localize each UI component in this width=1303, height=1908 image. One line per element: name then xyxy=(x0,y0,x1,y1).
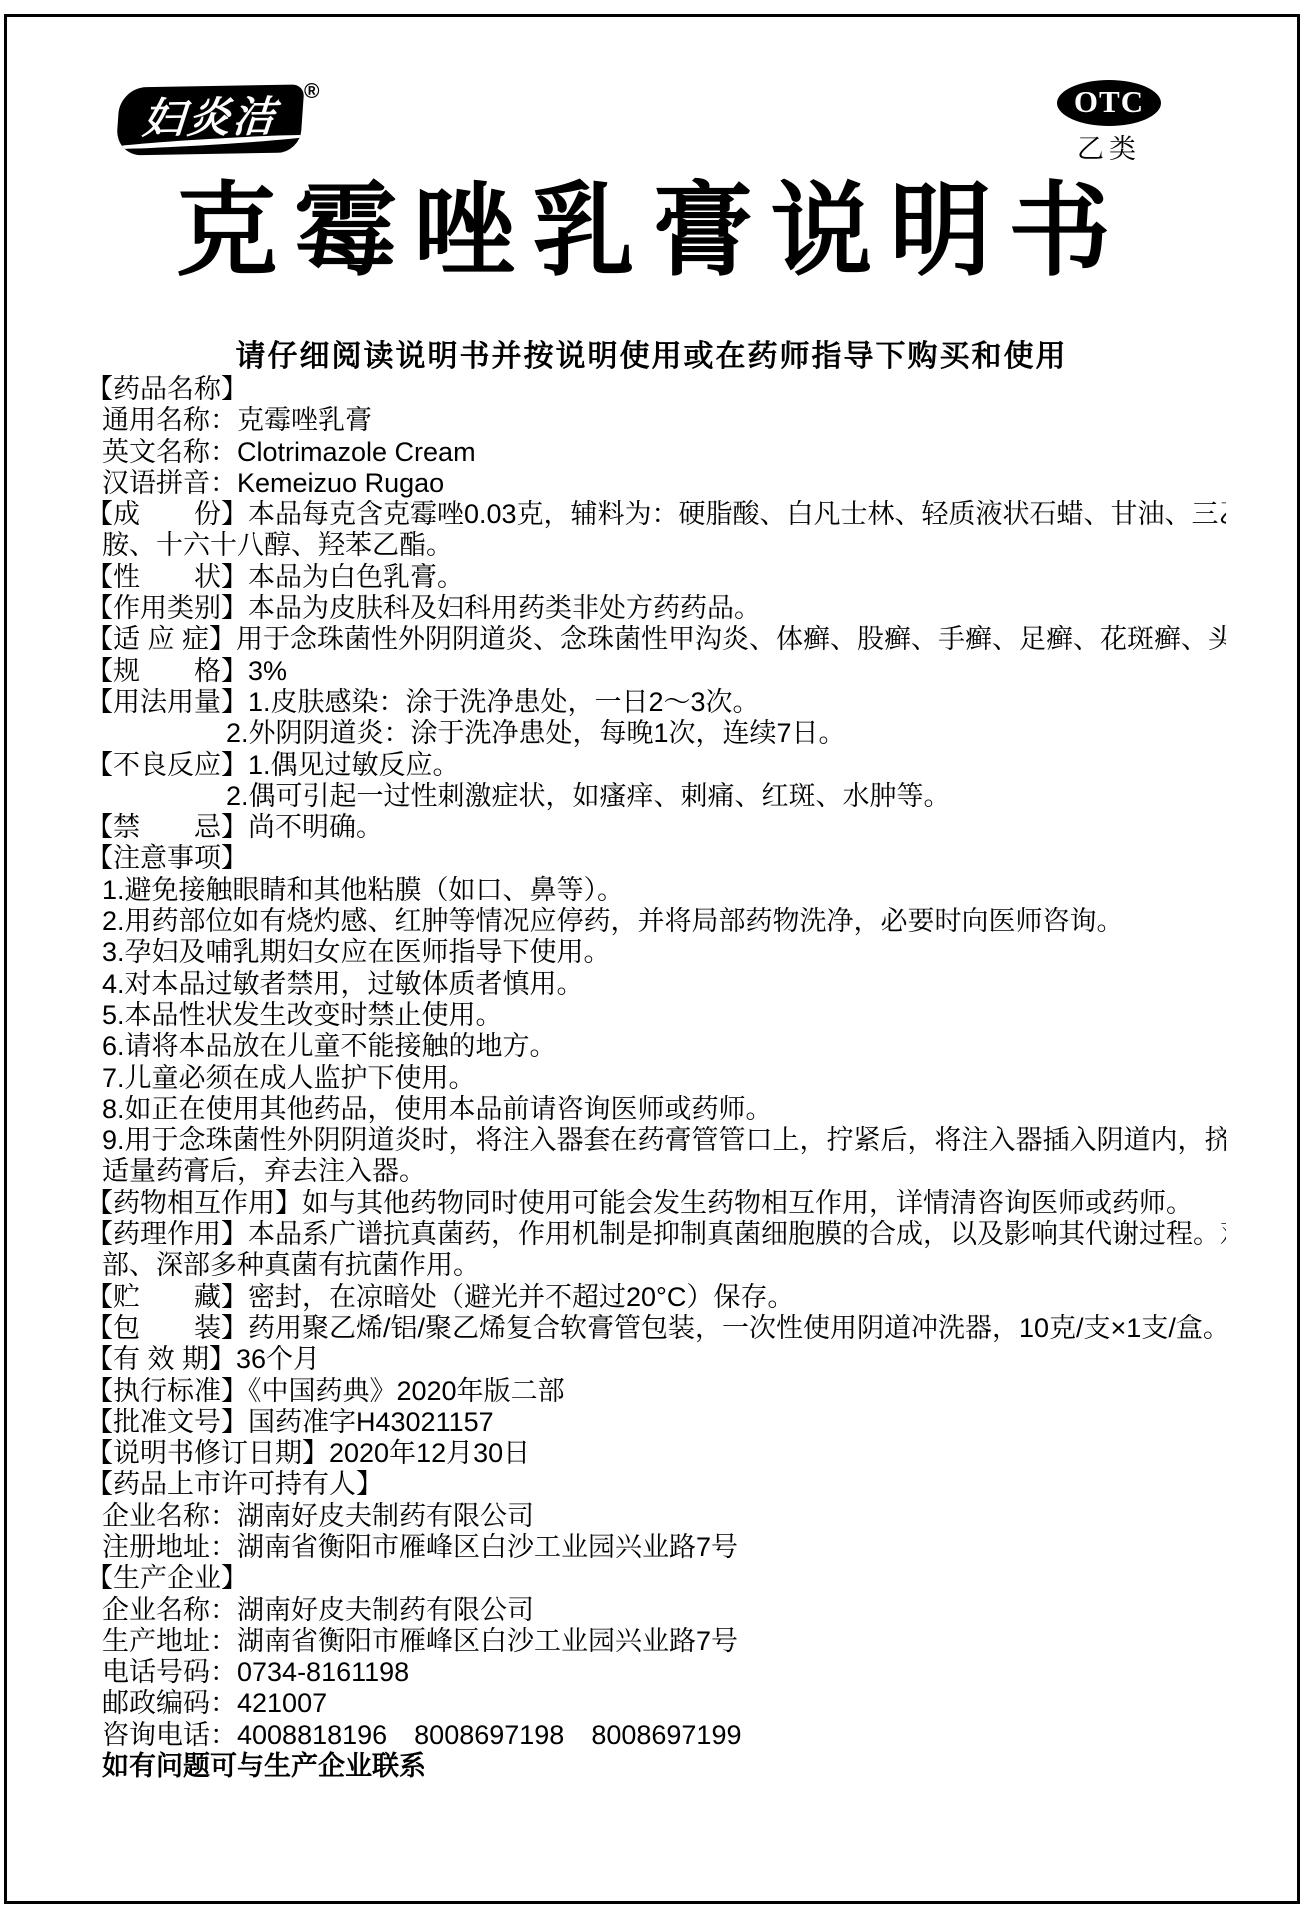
body-line: 【性 状】本品为白色乳膏。 xyxy=(86,562,1226,593)
body-line: 【批准文号】国药准字H43021157 xyxy=(86,1407,1226,1438)
body-line: 邮政编码：421007 xyxy=(102,1688,1226,1719)
body-line: 企业名称：湖南好皮夫制药有限公司 xyxy=(102,1501,1226,1532)
body-line: 电话号码：0734-8161198 xyxy=(102,1657,1226,1688)
otc-badge: OTC 乙类 xyxy=(1054,80,1164,166)
body-line: 生产地址：湖南省衡阳市雁峰区白沙工业园兴业路7号 xyxy=(102,1626,1226,1657)
body-line: 【适 应 症】用于念珠菌性外阴阴道炎、念珠菌性甲沟炎、体癣、股癣、手癣、足癣、花… xyxy=(86,624,1226,655)
page-title: 克霉唑乳膏说明书 xyxy=(0,170,1303,292)
otc-label: OTC xyxy=(1074,84,1144,122)
body-line: 【药物相互作用】如与其他药物同时使用可能会发生药物相互作用，详情清咨询医师或药师… xyxy=(86,1188,1226,1219)
otc-category-label: 乙类 xyxy=(1054,127,1164,166)
leaflet-page: { "brand": { "logo_text": "妇炎洁", "regist… xyxy=(0,0,1303,1908)
body-line: 【不良反应】1.偶见过敏反应。 xyxy=(86,750,1226,781)
body-line: 如有问题可与生产企业联系 xyxy=(102,1751,1226,1782)
body-line: 6.请将本品放在儿童不能接触的地方。 xyxy=(102,1031,1226,1062)
body-line: 【药品上市许可持有人】 xyxy=(86,1469,1226,1500)
body-line: 9.用于念珠菌性外阴阴道炎时，将注入器套在药膏管管口上，拧紧后，将注入器插入阴道… xyxy=(102,1125,1226,1156)
body-line: 5.本品性状发生改变时禁止使用。 xyxy=(102,1000,1226,1031)
body-line: 2.外阴阴道炎：涂于洗净患处，每晚1次，连续7日。 xyxy=(226,718,1226,749)
body-line: 通用名称：克霉唑乳膏 xyxy=(102,405,1226,436)
body-line: 【贮 藏】密封，在凉暗处（避光并不超过20°C）保存。 xyxy=(86,1282,1226,1313)
body-line: 【生产企业】 xyxy=(86,1563,1226,1594)
body-line: 企业名称：湖南好皮夫制药有限公司 xyxy=(102,1595,1226,1626)
body-line: 4.对本品过敏者禁用，过敏体质者慎用。 xyxy=(102,969,1226,1000)
registered-trademark-symbol: ® xyxy=(304,80,319,104)
body-line: 2.偶可引起一过性刺激症状，如瘙痒、刺痛、红斑、水肿等。 xyxy=(226,781,1226,812)
brand-logo-text: 妇炎洁 xyxy=(140,84,280,155)
body-line: 【注意事项】 xyxy=(86,843,1226,874)
body-line: 【有 效 期】36个月 xyxy=(86,1344,1226,1375)
body-line: 胺、十六十八醇、羟苯乙酯。 xyxy=(102,530,1226,561)
body-line: 注册地址：湖南省衡阳市雁峰区白沙工业园兴业路7号 xyxy=(102,1532,1226,1563)
body-line: 汉语拼音：Kemeizuo Rugao xyxy=(102,468,1226,499)
body-line: 1.避免接触眼睛和其他粘膜（如口、鼻等）。 xyxy=(102,875,1226,906)
body-line: 【作用类别】本品为皮肤科及妇科用药类非处方药药品。 xyxy=(86,593,1226,624)
body-line: 【包 装】药用聚乙烯/铝/聚乙烯复合软膏管包装，一次性使用阴道冲洗器，10克/支… xyxy=(86,1313,1226,1344)
body-line: 【用法用量】1.皮肤感染：涂于洗净患处，一日2～3次。 xyxy=(86,687,1226,718)
body-line: 部、深部多种真菌有抗菌作用。 xyxy=(102,1250,1226,1281)
body-line: 7.儿童必须在成人监护下使用。 xyxy=(102,1063,1226,1094)
leaflet-body: 【药品名称】通用名称：克霉唑乳膏英文名称：Clotrimazole Cream汉… xyxy=(86,374,1226,1794)
body-line: 【药理作用】本品系广谱抗真菌药，作用机制是抑制真菌细胞膜的合成，以及影响其代谢过… xyxy=(86,1219,1226,1250)
body-line: 2.用药部位如有烧灼感、红肿等情况应停药，并将局部药物洗净，必要时向医师咨询。 xyxy=(102,906,1226,937)
otc-ellipse-icon: OTC xyxy=(1057,80,1161,126)
body-line: 3.孕妇及哺乳期妇女应在医师指导下使用。 xyxy=(102,937,1226,968)
body-line: 咨询电话：4008818196 8008697198 8008697199 xyxy=(102,1720,1226,1751)
page-subtitle: 请仔细阅读说明书并按说明使用或在药师指导下购买和使用 xyxy=(0,331,1303,375)
body-line: 适量药膏后，弃去注入器。 xyxy=(102,1156,1226,1187)
body-line: 【禁 忌】尚不明确。 xyxy=(86,812,1226,843)
body-line: 【成 份】本品每克含克霉唑0.03克，辅料为：硬脂酸、白凡士林、轻质液状石蜡、甘… xyxy=(86,499,1226,530)
brand-logo-shape: 妇炎洁 xyxy=(115,84,304,155)
body-line: 【说明书修订日期】2020年12月30日 xyxy=(86,1438,1226,1469)
body-line: 英文名称：Clotrimazole Cream xyxy=(102,437,1226,468)
brand-logo: 妇炎洁 ® xyxy=(118,86,338,176)
body-line: 【规 格】3% xyxy=(86,656,1226,687)
body-line: 【药品名称】 xyxy=(86,374,1226,405)
body-line: 【执行标准】《中国药典》2020年版二部 xyxy=(86,1376,1226,1407)
body-line: 8.如正在使用其他药品，使用本品前请咨询医师或药师。 xyxy=(102,1094,1226,1125)
